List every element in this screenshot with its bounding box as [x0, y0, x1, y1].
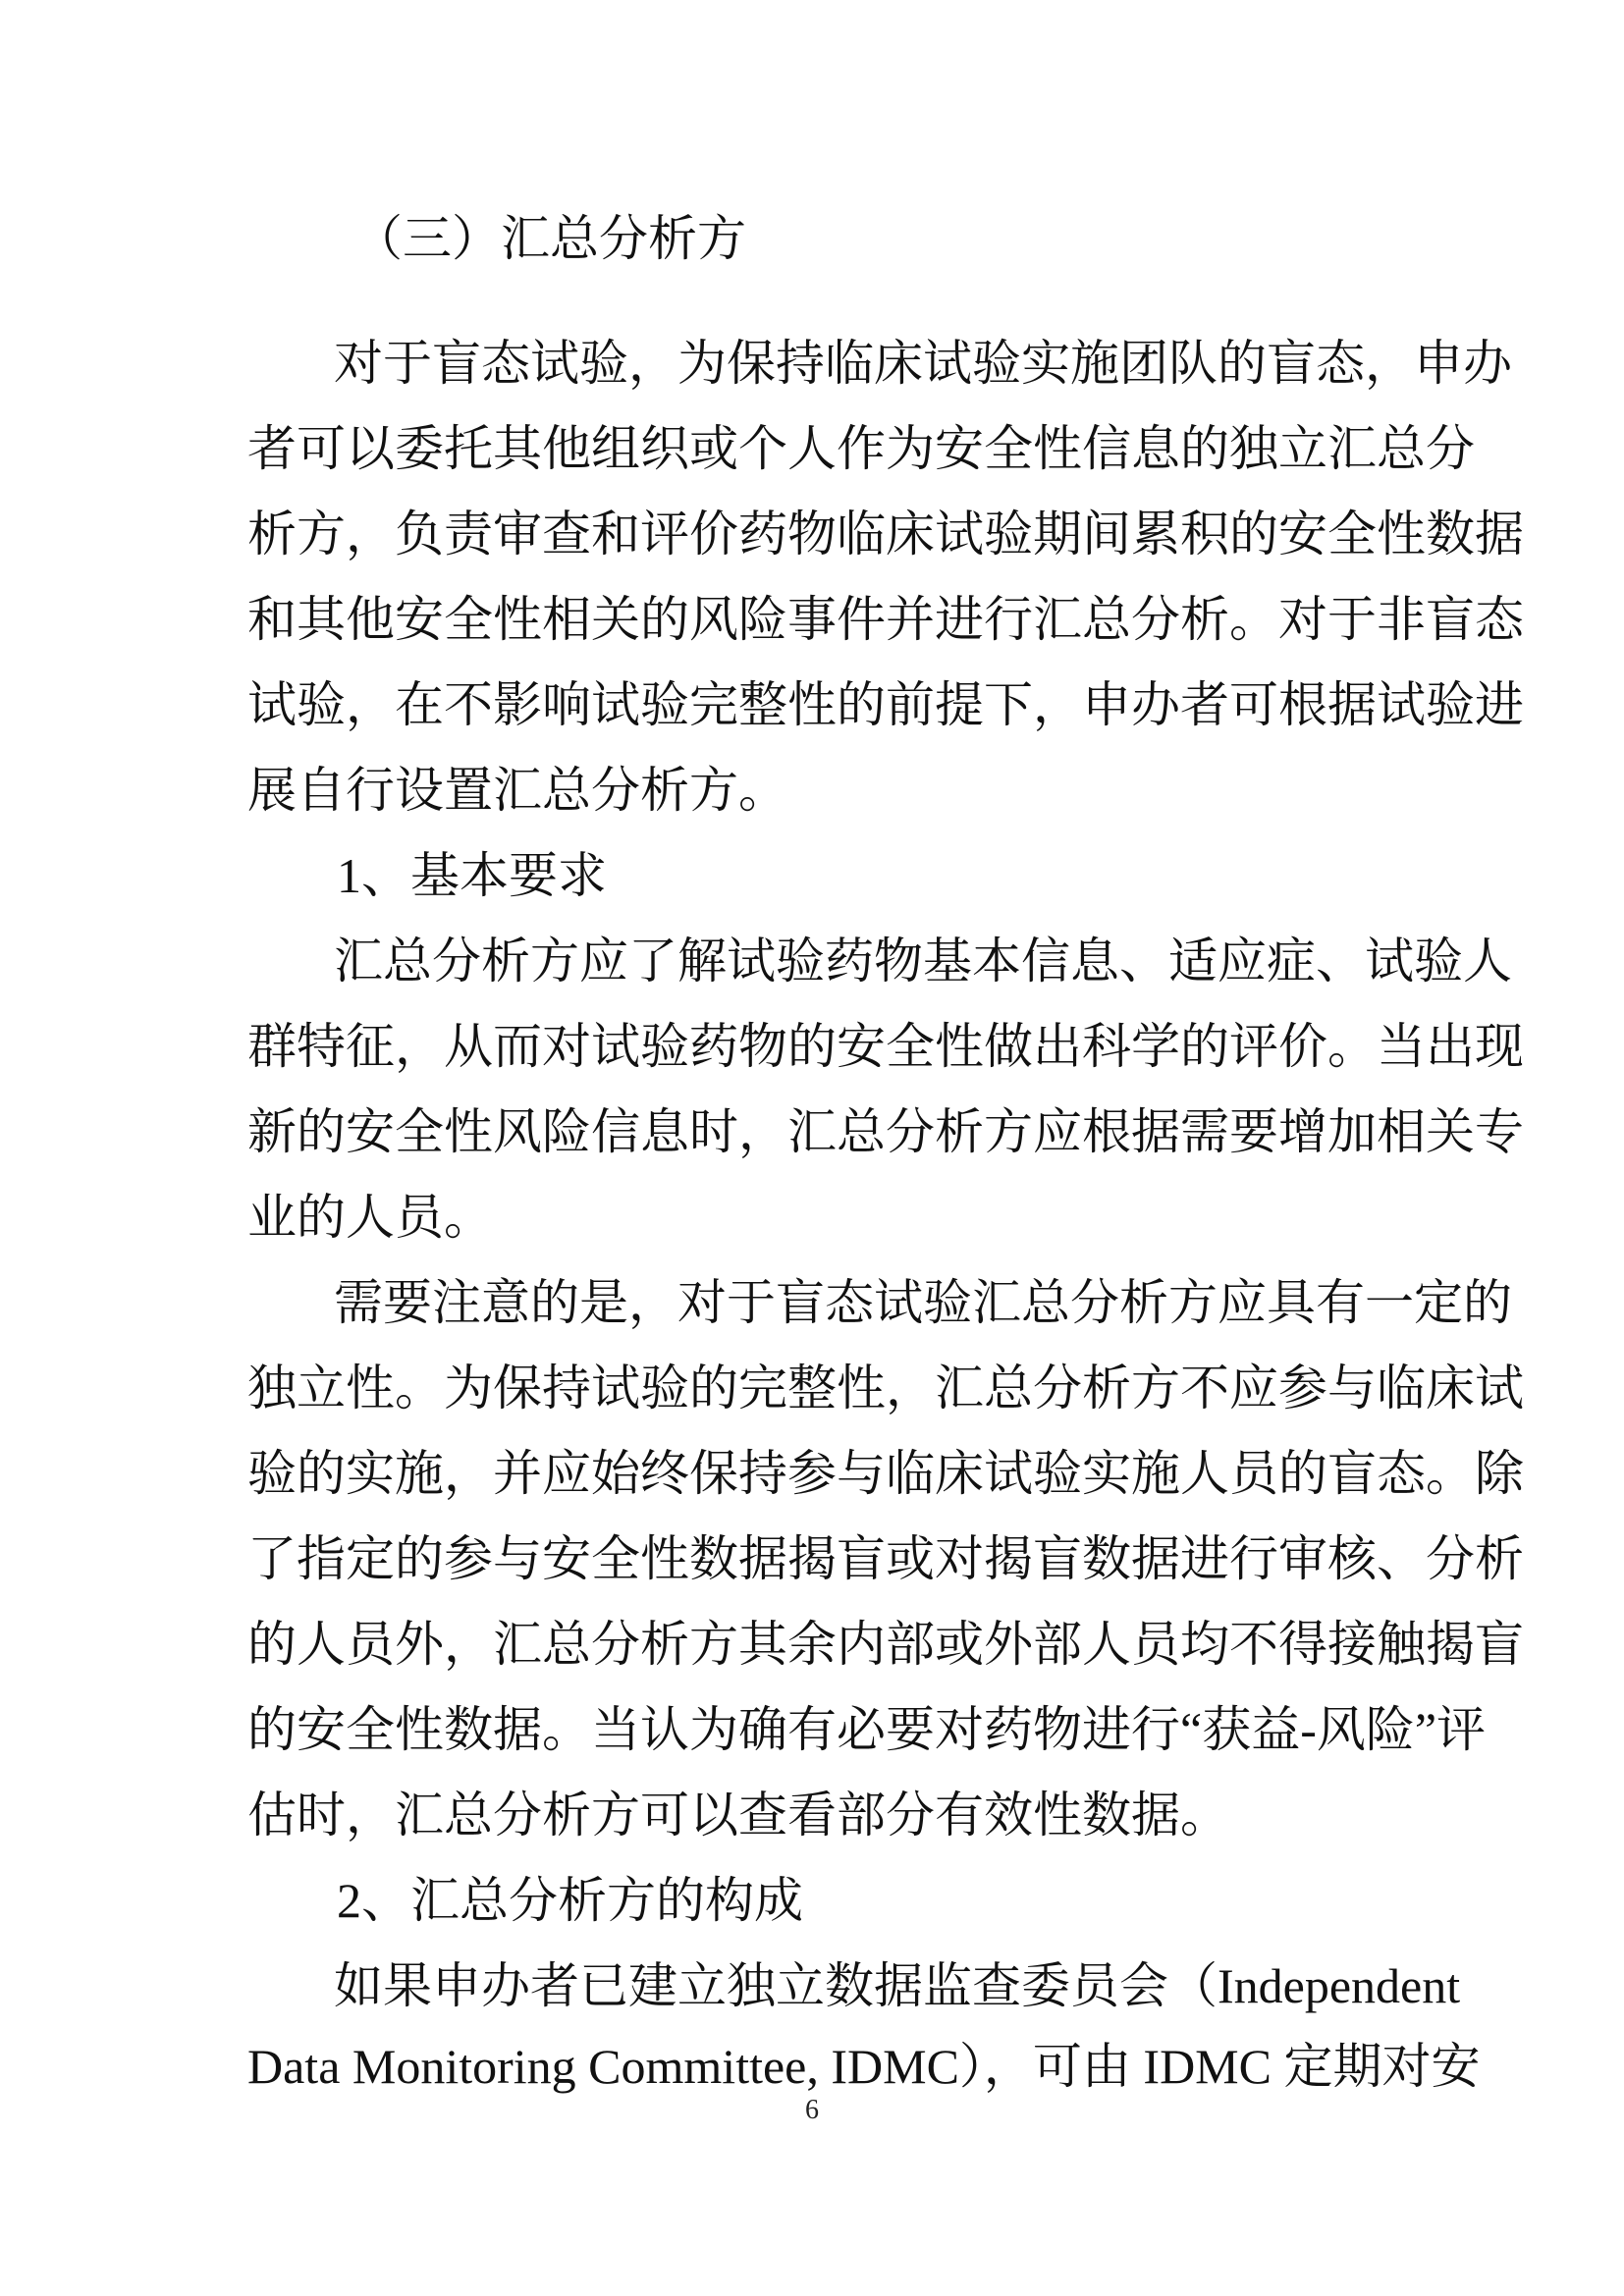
- subheading-basic-requirements: 1、基本要求: [337, 833, 926, 919]
- paragraph-line: 展自行设置汇总分析方。: [247, 748, 1379, 833]
- paragraph-line: 的人员外，汇总分析方其余内部或外部人员均不得接触揭盲: [247, 1602, 1379, 1687]
- paragraph-line: 汇总分析方应了解试验药物基本信息、适应症、试验人: [334, 919, 1379, 1004]
- page-number: 6: [0, 2093, 1624, 2128]
- paragraph-line: 了指定的参与安全性数据揭盲或对揭盲数据进行审核、分析: [247, 1517, 1379, 1602]
- paragraph-line: 估时，汇总分析方可以查看部分有效性数据。: [247, 1773, 1379, 1858]
- paragraph-line: 和其他安全性相关的风险事件并进行汇总分析。对于非盲态: [247, 577, 1379, 663]
- document-page: （三）汇总分析方 对于盲态试验，为保持临床试验实施团队的盲态，申办 者可以委托其…: [0, 0, 1624, 2296]
- subheading-composition: 2、汇总分析方的构成: [337, 1858, 926, 1944]
- paragraph-line: 独立性。为保持试验的完整性，汇总分析方不应参与临床试: [247, 1346, 1379, 1431]
- section-heading: （三）汇总分析方: [353, 196, 746, 282]
- paragraph-line: 者可以委托其他组织或个人作为安全性信息的独立汇总分: [247, 406, 1379, 492]
- paragraph-line: 新的安全性风险信息时，汇总分析方应根据需要增加相关专: [247, 1090, 1379, 1175]
- paragraph-line: 如果申办者已建立独立数据监查委员会（Independent: [334, 1944, 1379, 2029]
- paragraph-line: 对于盲态试验，为保持临床试验实施团队的盲态，申办: [334, 321, 1379, 406]
- paragraph-line: 析方，负责审查和评价药物临床试验期间累积的安全性数据: [247, 492, 1379, 577]
- paragraph-line: 试验，在不影响试验完整性的前提下，申办者可根据试验进: [247, 663, 1379, 748]
- paragraph-line: 的安全性数据。当认为确有必要对药物进行“获益-风险”评: [247, 1687, 1379, 1773]
- paragraph-line: 需要注意的是，对于盲态试验汇总分析方应具有一定的: [334, 1260, 1379, 1346]
- paragraph-line: 群特征，从而对试验药物的安全性做出科学的评价。当出现: [247, 1004, 1379, 1090]
- paragraph-line: 业的人员。: [247, 1175, 1379, 1260]
- paragraph-line: 验的实施，并应始终保持参与临床试验实施人员的盲态。除: [247, 1431, 1379, 1517]
